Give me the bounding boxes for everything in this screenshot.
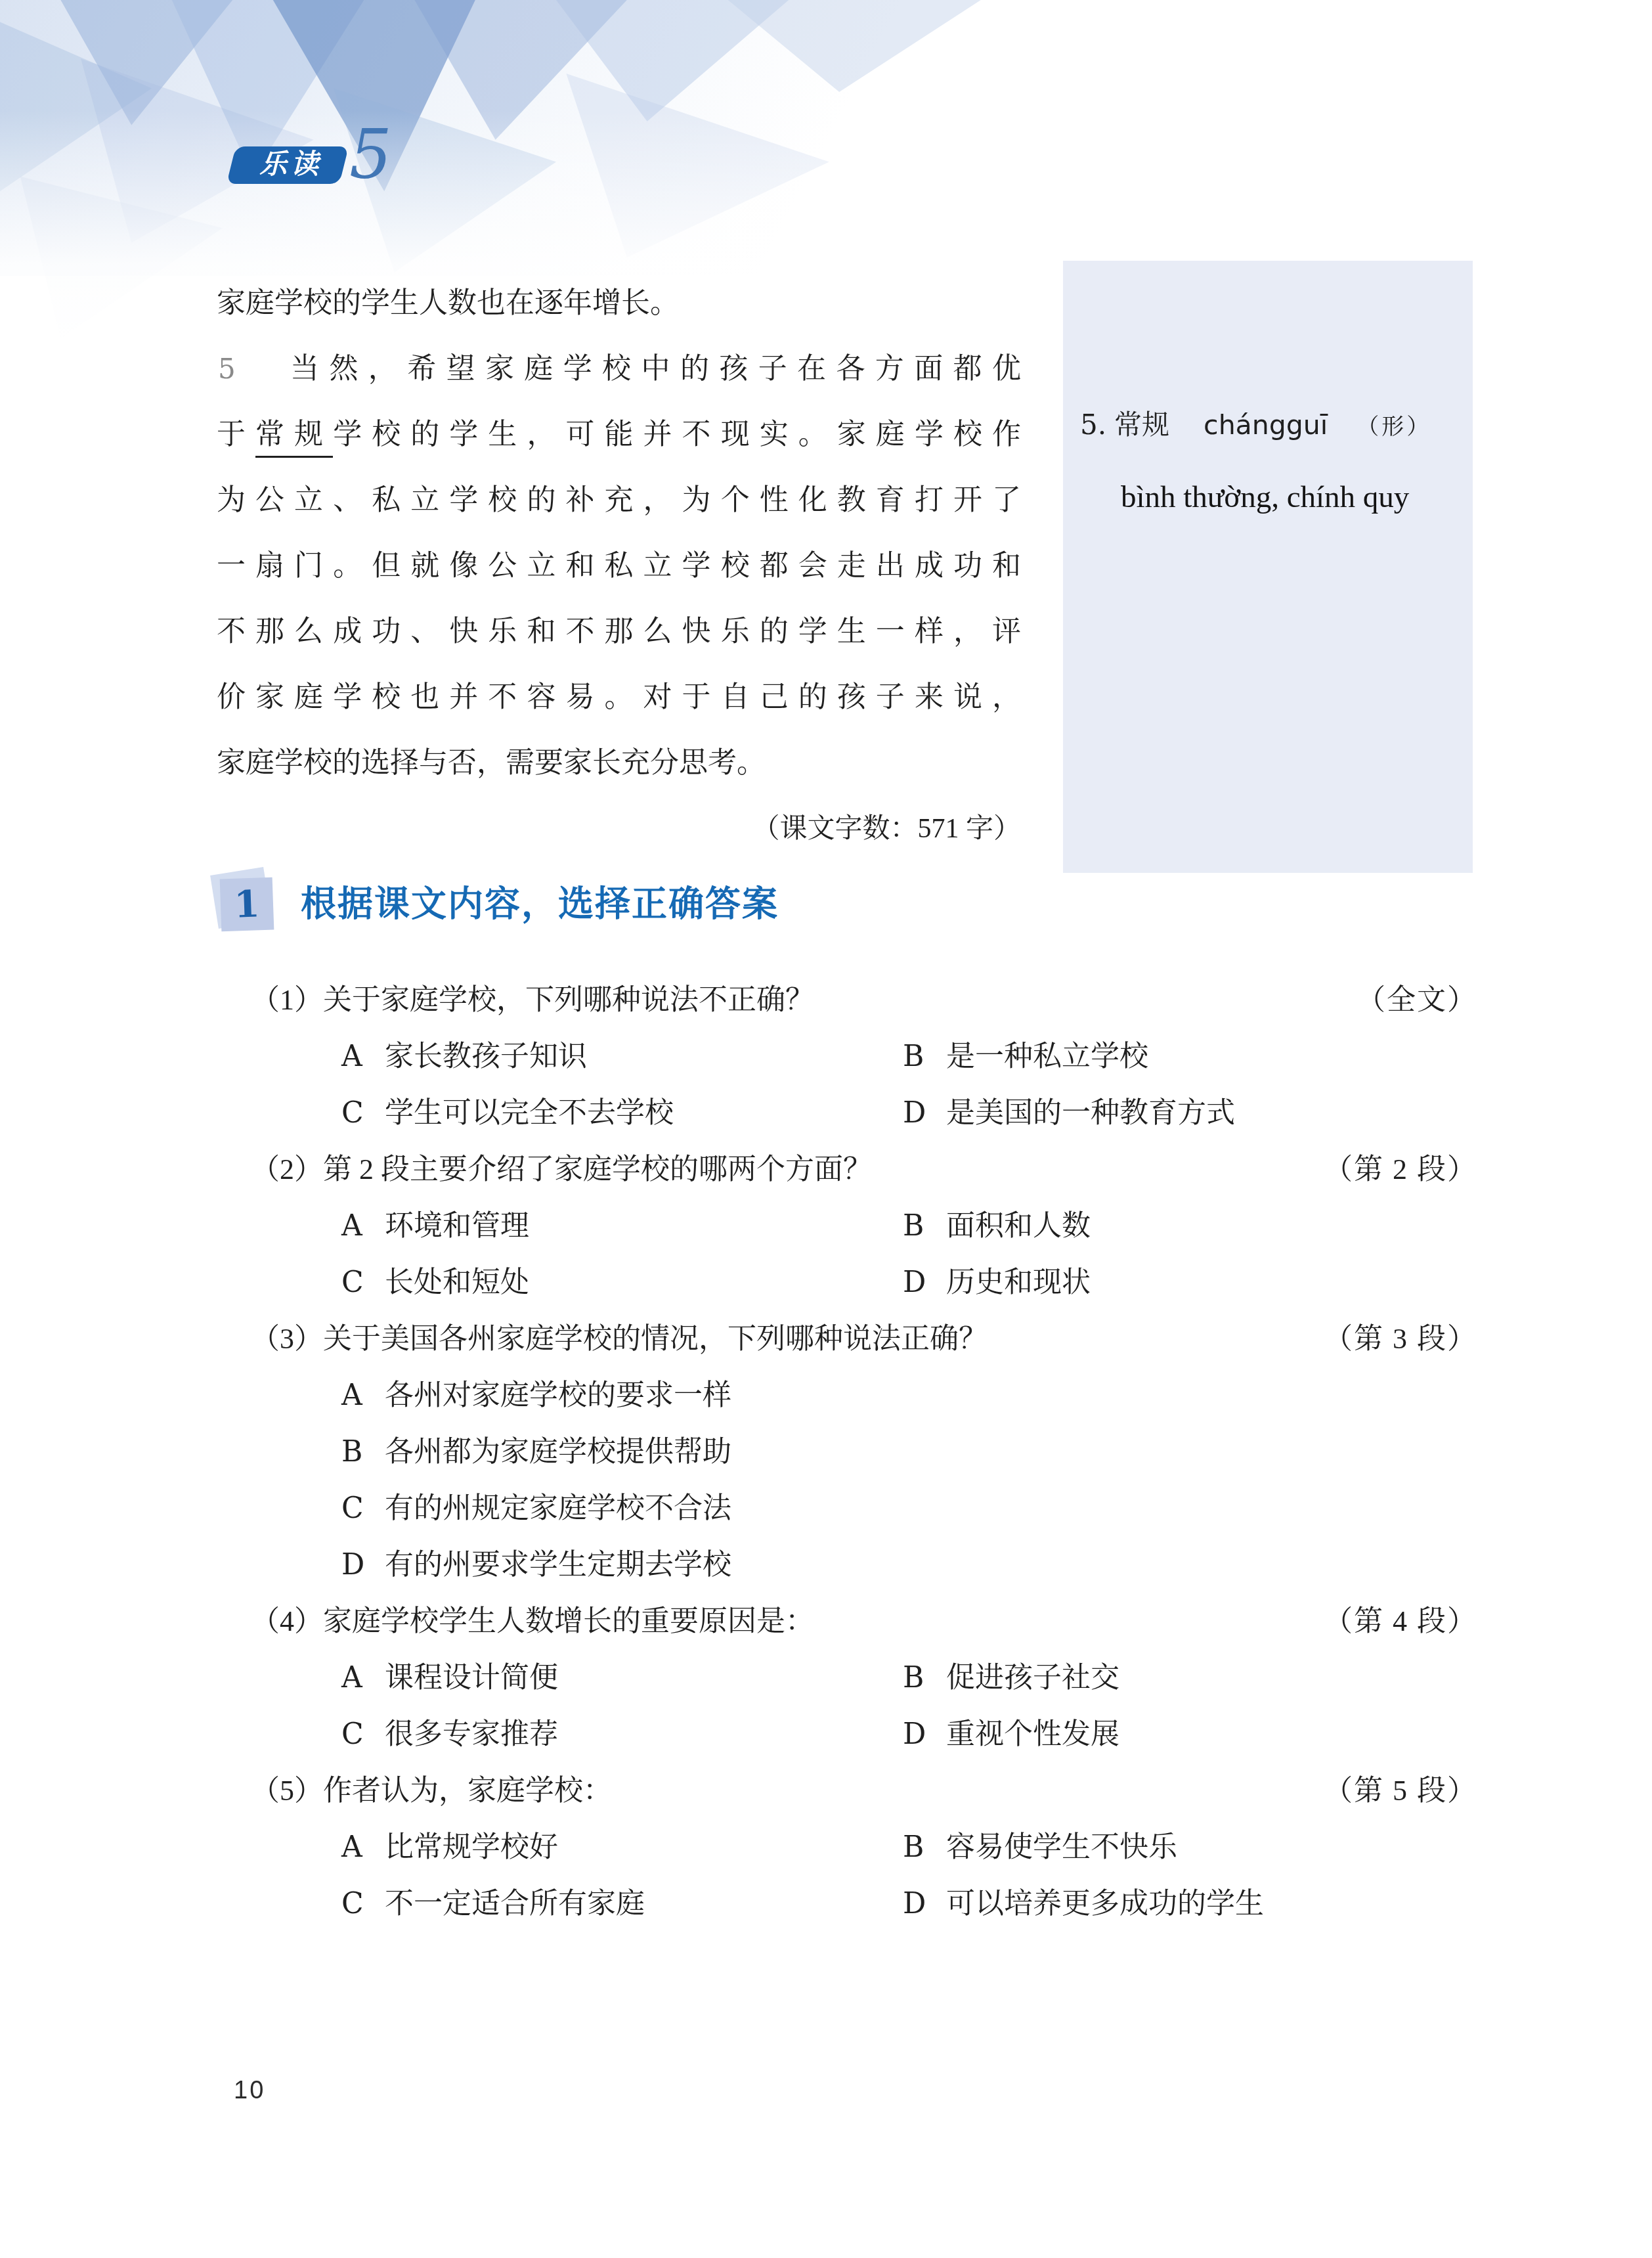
- series-logo-volume-number: 5: [349, 122, 392, 189]
- question-label: （3）: [251, 1311, 323, 1367]
- passage-line: 价家庭学校也并不容易。对于自己的孩子来说，: [217, 665, 1021, 730]
- option-text: 很多专家推荐: [385, 1706, 558, 1763]
- question-3-options: A各州对家庭学校的要求一样 B各州都为家庭学校提供帮助 C有的州规定家庭学校不合…: [217, 1367, 1477, 1593]
- option-a: A各州对家庭学校的要求一样: [341, 1367, 1477, 1424]
- option-letter: D: [903, 1254, 946, 1311]
- vocabulary-sidebar-box: 5. 常规 chángguī （形） bình thường, chính qu…: [1063, 261, 1473, 873]
- option-text: 可以培养更多成功的学生: [946, 1876, 1264, 1932]
- option-letter: A: [341, 1198, 385, 1254]
- option-text: 有的州规定家庭学校不合法: [385, 1480, 731, 1537]
- option-c: C有的州规定家庭学校不合法: [341, 1480, 1477, 1537]
- option-letter: B: [903, 1650, 946, 1706]
- page-number: 10: [234, 2077, 265, 2105]
- question-2: （2）第 2 段主要介绍了家庭学校的哪两个方面？ （第 2 段）: [217, 1141, 1477, 1198]
- vocab-word: 常规: [1114, 403, 1169, 449]
- question-scope-tag: （第 3 段）: [1324, 1311, 1477, 1367]
- option-text: 面积和人数: [946, 1198, 1091, 1254]
- option-text: 课程设计简便: [385, 1650, 558, 1706]
- passage-text-segment: 于: [217, 418, 255, 451]
- option-b: B各州都为家庭学校提供帮助: [341, 1424, 1477, 1480]
- question-text: 第 2 段主要介绍了家庭学校的哪两个方面？: [323, 1141, 872, 1198]
- option-letter: B: [903, 1819, 946, 1876]
- option-text: 有的州要求学生定期去学校: [385, 1537, 731, 1593]
- option-text: 是一种私立学校: [946, 1029, 1148, 1085]
- question-text: 家庭学校学生人数增长的重要原因是：: [323, 1593, 814, 1650]
- option-letter: C: [341, 1254, 385, 1311]
- vocab-entry: 5. 常规 chángguī （形） bình thường, chính qu…: [1080, 402, 1460, 520]
- passage-line-paragraph-5: 5 当然，希望家庭学校中的孩子在各方面都优: [217, 336, 1021, 402]
- option-letter: B: [341, 1424, 385, 1480]
- option-a: A环境和管理: [341, 1198, 903, 1254]
- option-text: 重视个性发展: [946, 1706, 1119, 1763]
- option-letter: D: [341, 1537, 385, 1593]
- option-text: 不一定适合所有家庭: [385, 1876, 645, 1932]
- option-letter: C: [341, 1706, 385, 1763]
- vocab-entry-headline: 5. 常规 chángguī （形）: [1080, 402, 1460, 448]
- question-4: （4）家庭学校学生人数增长的重要原因是： （第 4 段）: [217, 1593, 1477, 1650]
- option-letter: A: [341, 1029, 385, 1085]
- option-letter: A: [341, 1650, 385, 1706]
- option-text: 环境和管理: [385, 1198, 529, 1254]
- option-letter: C: [341, 1876, 385, 1932]
- option-text: 容易使学生不快乐: [946, 1819, 1177, 1876]
- option-d: D重视个性发展: [903, 1706, 1477, 1763]
- passage-line: 一扇门。但就像公立和私立学校都会走出成功和: [217, 533, 1021, 599]
- option-b: B面积和人数: [903, 1198, 1477, 1254]
- option-d: D是美国的一种教育方式: [903, 1085, 1477, 1141]
- passage-line-text: 当然，希望家庭学校中的孩子在各方面都优: [290, 336, 1021, 402]
- textbook-page: 乐读 5 家庭学校的学生人数也在逐年增长。 5 当然，希望家庭学校中的孩子在各方…: [0, 0, 1652, 2258]
- option-letter: C: [341, 1480, 385, 1537]
- option-text: 各州对家庭学校的要求一样: [385, 1367, 731, 1424]
- question-text: 作者认为，家庭学校：: [323, 1763, 612, 1819]
- option-letter: D: [903, 1876, 946, 1932]
- option-letter: B: [903, 1198, 946, 1254]
- question-5-options: A比常规学校好 B容易使学生不快乐 C不一定适合所有家庭 D可以培养更多成功的学…: [217, 1819, 1477, 1932]
- word-count-note: （课文字数：571 字）: [217, 796, 1021, 862]
- passage-line: 不那么成功、快乐和不那么快乐的学生一样，评: [217, 599, 1021, 665]
- option-text: 是美国的一种教育方式: [946, 1085, 1235, 1141]
- question-scope-tag: （第 5 段）: [1324, 1763, 1477, 1819]
- passage-line-with-vocab-word: 于常规学校的学生，可能并不现实。家庭学校作: [217, 402, 1021, 468]
- question-2-options: A环境和管理 B面积和人数 C长处和短处 D历史和现状: [217, 1198, 1477, 1311]
- option-b: B容易使学生不快乐: [903, 1819, 1477, 1876]
- question-scope-tag: （第 2 段）: [1324, 1141, 1477, 1198]
- option-a: A比常规学校好: [341, 1819, 903, 1876]
- option-a: A课程设计简便: [341, 1650, 903, 1706]
- paragraph-number-marker: 5: [218, 336, 236, 402]
- question-scope-tag: （全文）: [1357, 972, 1477, 1029]
- question-text: 关于美国各州家庭学校的情况，下列哪种说法正确？: [323, 1311, 988, 1367]
- passage-line: 为公立、私立学校的补充，为个性化教育打开了: [217, 468, 1021, 533]
- question-label: （1）: [251, 972, 323, 1029]
- passage-line: 家庭学校的学生人数也在逐年增长。: [217, 271, 1021, 336]
- passage-text-segment: 学校的学生，可能并不现实。家庭学校作: [333, 418, 1021, 451]
- vocab-pinyin: chángguī: [1204, 402, 1328, 448]
- option-text: 各州都为家庭学校提供帮助: [385, 1424, 731, 1480]
- option-c: C不一定适合所有家庭: [341, 1876, 903, 1932]
- question-1-options: A家长教孩子知识 B是一种私立学校 C学生可以完全不去学校 D是美国的一种教育方…: [217, 1029, 1477, 1141]
- option-letter: C: [341, 1085, 385, 1141]
- underlined-vocab-word: 常规: [255, 418, 333, 458]
- exercise-title: 根据课文内容，选择正确答案: [301, 878, 779, 931]
- option-letter: B: [903, 1029, 946, 1085]
- option-d: D历史和现状: [903, 1254, 1477, 1311]
- vocab-translation: bình thường, chính quy: [1080, 474, 1460, 520]
- vocab-entry-number: 5.: [1080, 402, 1106, 448]
- question-5: （5）作者认为，家庭学校： （第 5 段）: [217, 1763, 1477, 1819]
- option-text: 家长教孩子知识: [385, 1029, 587, 1085]
- question-4-options: A课程设计简便 B促进孩子社交 C很多专家推荐 D重视个性发展: [217, 1650, 1477, 1763]
- question-label: （2）: [251, 1141, 323, 1198]
- question-label: （5）: [251, 1763, 323, 1819]
- exercise-questions: （1）关于家庭学校，下列哪种说法不正确？ （全文） A家长教孩子知识 B是一种私…: [217, 972, 1477, 1932]
- option-text: 长处和短处: [385, 1254, 529, 1311]
- option-d: D有的州要求学生定期去学校: [341, 1537, 1477, 1593]
- vocab-part-of-speech: （形）: [1357, 405, 1431, 451]
- question-label: （4）: [251, 1593, 323, 1650]
- option-c: C学生可以完全不去学校: [341, 1085, 903, 1141]
- option-text: 历史和现状: [946, 1254, 1091, 1311]
- option-a: A家长教孩子知识: [341, 1029, 903, 1085]
- option-text: 促进孩子社交: [946, 1650, 1119, 1706]
- option-text: 学生可以完全不去学校: [385, 1085, 674, 1141]
- option-letter: D: [903, 1706, 946, 1763]
- option-b: B促进孩子社交: [903, 1650, 1477, 1706]
- exercise-number-badge: 1: [220, 877, 274, 932]
- option-text: 比常规学校好: [385, 1819, 558, 1876]
- option-letter: D: [903, 1085, 946, 1141]
- option-b: B是一种私立学校: [903, 1029, 1477, 1085]
- series-logo-title: 乐读: [242, 146, 340, 184]
- reading-passage: 家庭学校的学生人数也在逐年增长。 5 当然，希望家庭学校中的孩子在各方面都优 于…: [217, 271, 1021, 862]
- question-1: （1）关于家庭学校，下列哪种说法不正确？ （全文）: [217, 972, 1477, 1029]
- question-text: 关于家庭学校，下列哪种说法不正确？: [323, 972, 814, 1029]
- option-letter: A: [341, 1367, 385, 1424]
- option-d: D可以培养更多成功的学生: [903, 1876, 1477, 1932]
- option-letter: A: [341, 1819, 385, 1876]
- option-c: C长处和短处: [341, 1254, 903, 1311]
- passage-line: 家庭学校的选择与否，需要家长充分思考。: [217, 730, 1021, 796]
- option-c: C很多专家推荐: [341, 1706, 903, 1763]
- question-scope-tag: （第 4 段）: [1324, 1593, 1477, 1650]
- question-3: （3）关于美国各州家庭学校的情况，下列哪种说法正确？ （第 3 段）: [217, 1311, 1477, 1367]
